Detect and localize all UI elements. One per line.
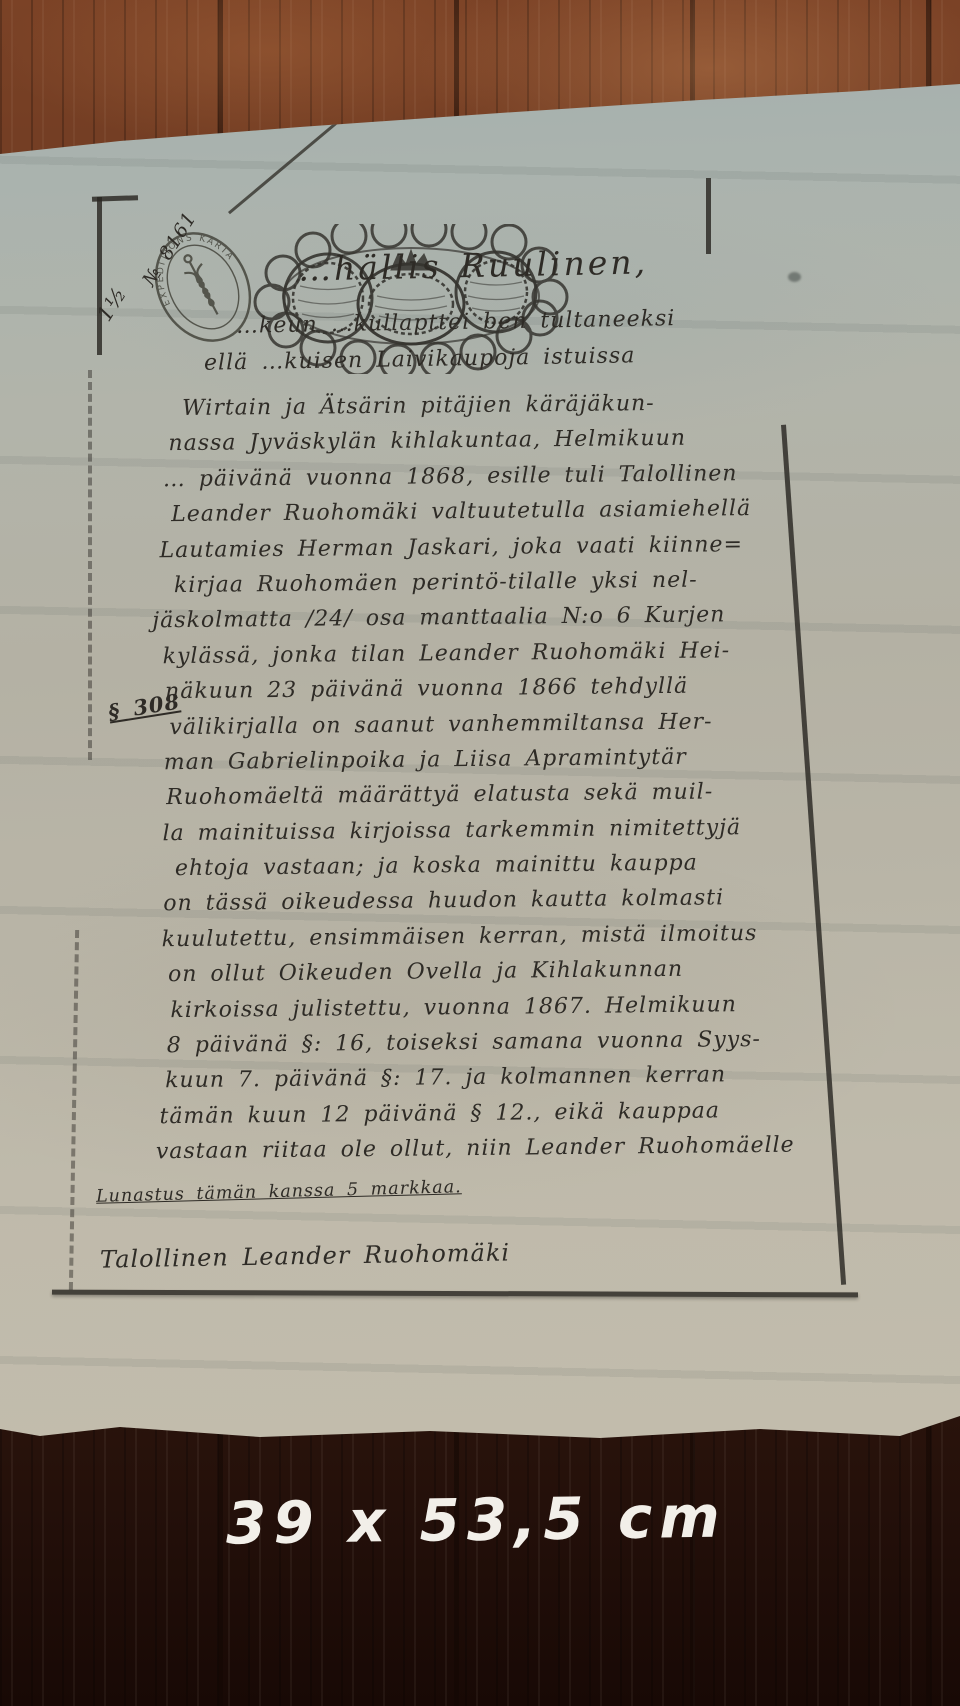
manuscript-line: kuulutettu, ensimmäisen kerran, mistä il… [151,915,792,957]
ink-blot [788,272,801,282]
photo-of-document: { "photo_caption": { "size_label": "39 x… [0,0,960,1706]
frame-top-right-tick [706,178,711,254]
manuscript-line: välikirjalla on saanut vanhemmiltansa He… [149,703,790,745]
frame-left-border-upper [88,370,92,760]
frame-bottom-border [52,1290,858,1297]
manuscript-line: kylässä, jonka tilan Leander Ruohomäki H… [149,632,790,674]
frame-left-border-lower [69,930,79,1290]
fee-line: Lunastus tämän kanssa 5 markkaa. [96,1177,462,1207]
manuscript-body: Wirtain ja Ätsärin pitäjien käräjäkun-na… [146,385,795,1170]
paper-sheet: EXPEDITIONS KARTA [0,0,960,1448]
manuscript-line: vastaan riitaa ole ollut, niin Leander R… [154,1128,795,1170]
manuscript-heading-line-1: …hällis Ruulinen, [298,242,649,288]
pen-slash-mark [228,116,345,214]
manuscript-line: Leander Ruohomäki valtuutetulla asiamieh… [147,491,788,533]
size-caption: 39 x 53,5 cm [226,1483,728,1558]
signature-line: Talollinen Leander Ruohomäki [100,1238,511,1273]
frame-top-left-corner-v [97,197,102,355]
